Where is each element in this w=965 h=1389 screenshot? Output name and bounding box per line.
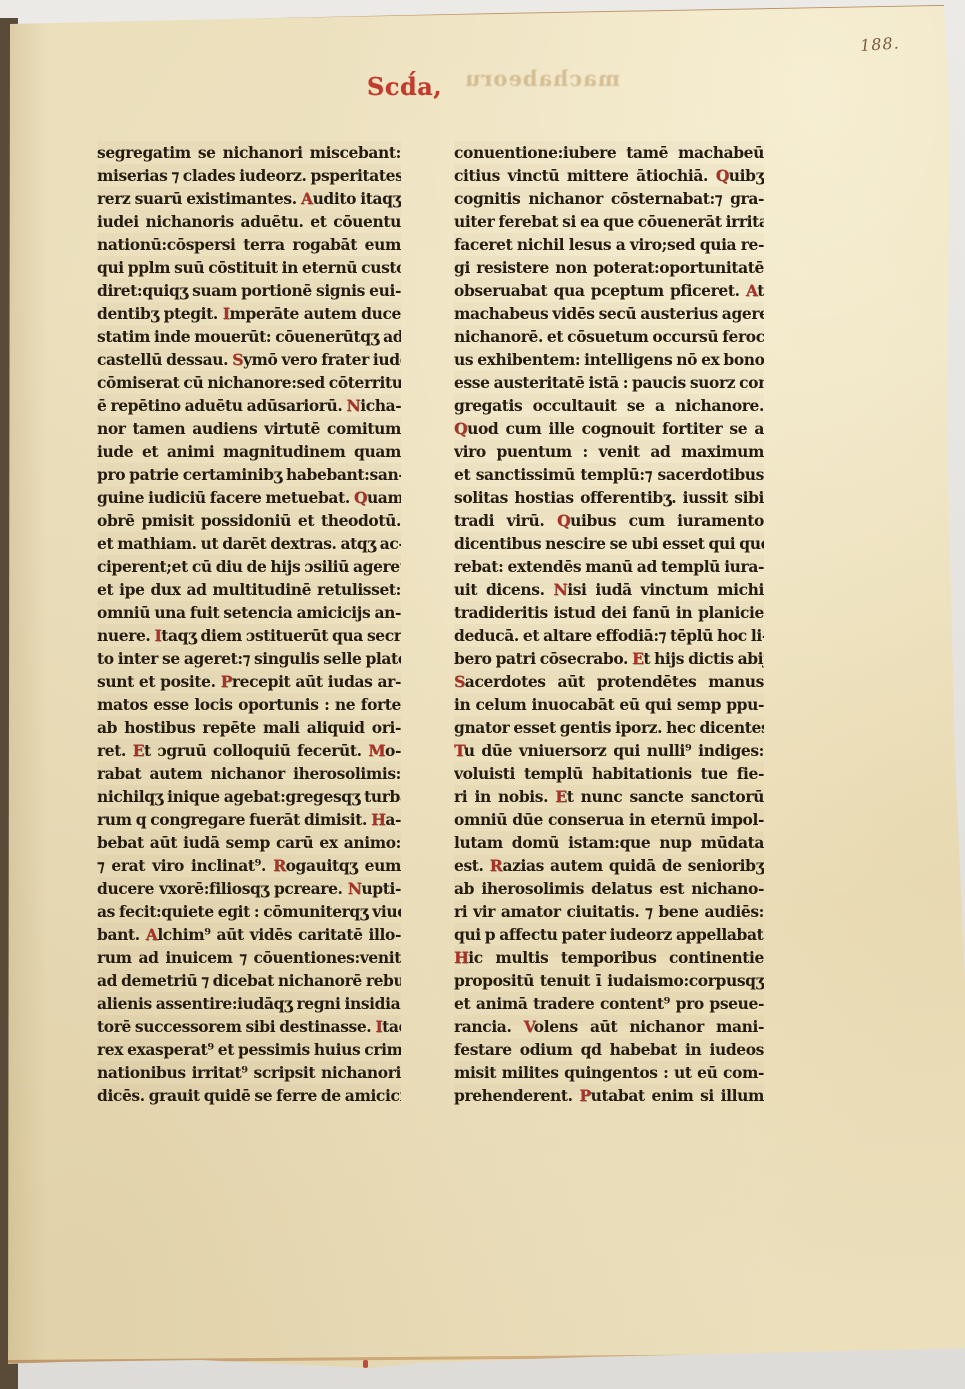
text-line: misit milites quingentos : ut eū com-: [454, 1061, 764, 1084]
text-line: solitas hostias offerentibʒ. iussit sibi: [454, 486, 764, 509]
text-line: et animā tradere content⁹ pro pseue-: [454, 992, 764, 1015]
text-line: qui pplm suū cōstituit in eternū custo-: [97, 256, 401, 279]
text-line: prehenderent. Putabat enim si illum: [454, 1084, 764, 1107]
text-line: obseruabat qua pceptum pficeret. At: [454, 279, 764, 302]
text-line: rum ad inuicem ⁊ cōuentiones:venit: [97, 946, 401, 969]
text-line: iude et animi magnitudinem quam: [97, 440, 401, 463]
rubricated-initial: V: [524, 1017, 534, 1036]
rubricated-initial: S: [232, 350, 243, 369]
text-line: festare odium qd habebat in iudeos: [454, 1038, 764, 1061]
rubricated-initial: Q: [354, 488, 367, 507]
rubricated-initial: R: [273, 856, 285, 875]
rubricated-initial: S: [454, 672, 465, 691]
text-line: ri in nobis. Et nunc sancte sanctorū: [454, 785, 764, 808]
text-line: bero patri cōsecrabo. Et hijs dictis abi…: [454, 647, 764, 670]
text-line: nuere. Itaqʒ diem ɔstituerūt qua secre-: [97, 624, 401, 647]
text-line: cognitis nichanor cōsternabat:⁊ gra-: [454, 187, 764, 210]
rubricated-initial: A: [746, 281, 757, 300]
text-line: in celum inuocabāt eū qui semp ppu-: [454, 693, 764, 716]
text-line: et ipe dux ad multitudinē retulisset:: [97, 578, 401, 601]
show-through-text: machabeoru: [430, 66, 620, 91]
text-column-left: segregatim se nichanori miscebant:miseri…: [97, 141, 401, 1107]
rubricated-initial: E: [632, 649, 643, 668]
text-line: pro patrie certaminibʒ habebant:san-: [97, 463, 401, 486]
rubricated-initial: Q: [557, 511, 570, 530]
rubricated-initial: E: [555, 787, 566, 806]
text-line: gnator esset gentis iporz. hec dicentes.: [454, 716, 764, 739]
text-line: conuentione:iubere tamē machabeū: [454, 141, 764, 164]
text-line: obrē pmisit possidoniū et theodotū.: [97, 509, 401, 532]
rubricated-initial: I: [375, 1017, 382, 1036]
text-line: machabeus vidēs secū austerius agere: [454, 302, 764, 325]
manuscript-page: 188. machabeoru Scd́a, segregatim se nic…: [0, 0, 965, 1389]
text-line: nationū:cōspersi terra rogabāt eum: [97, 233, 401, 256]
manuscript-scan: 188. machabeoru Scd́a, segregatim se nic…: [0, 0, 965, 1389]
rubricated-initial: R: [490, 856, 503, 875]
text-line: rerz suarū existimantes. Audito itaqʒ: [97, 187, 401, 210]
rubricated-initial: A: [146, 925, 158, 944]
text-line: voluisti templū habitationis tue fie-: [454, 762, 764, 785]
text-line: lutam domū istam:que nup mūdata: [454, 831, 764, 854]
page-bottom-edge: [6, 1352, 965, 1363]
rubricated-initial: E: [133, 741, 144, 760]
running-header: Scd́a,: [367, 72, 442, 101]
text-line: nor tamen audiens virtutē comitum: [97, 417, 401, 440]
red-edge-mark: [363, 1360, 368, 1368]
text-line: nichilqʒ inique agebat:gregesqʒ turba-: [97, 785, 401, 808]
text-line: uit dicens. Nisi iudā vinctum michi: [454, 578, 764, 601]
text-line: bebat aūt iudā semp carū ex animo:: [97, 831, 401, 854]
text-line: nationibus irritat⁹ scripsit nichanori: [97, 1061, 401, 1084]
text-line: diret:quiqʒ suam portionē signis eui-: [97, 279, 401, 302]
text-line: et sanctissimū templū:⁊ sacerdotibus: [454, 463, 764, 486]
text-line: ē repētino aduētu adūsariorū. Nicha-: [97, 394, 401, 417]
text-line: deducā. et altare effodiā:⁊ tēplū hoc li…: [454, 624, 764, 647]
rubricated-initial: T: [454, 741, 464, 760]
text-line: citius vinctū mittere ātiochiā. Quibʒ: [454, 164, 764, 187]
text-line: guine iudiciū facere metuebat. Quam-: [97, 486, 401, 509]
text-line: dentibʒ ptegit. Imperāte autem duce: [97, 302, 401, 325]
rubricated-initial: I: [154, 626, 161, 645]
folio-number: 188.: [859, 32, 920, 55]
text-line: gi resistere non poterat:oportunitatē: [454, 256, 764, 279]
text-line: ret. Et ɔgruū colloquiū fecerūt. Mo-: [97, 739, 401, 762]
text-line: Tu dūe vniuersorz qui nulli⁹ indiges:: [454, 739, 764, 762]
rubricated-initial: A: [301, 189, 313, 208]
rubricated-initial: Q: [716, 166, 729, 185]
text-line: omniū una fuit setencia amicicijs an-: [97, 601, 401, 624]
text-line: rum q congregare fuerāt dimisit. Ha-: [97, 808, 401, 831]
rubricated-initial: H: [371, 810, 385, 829]
text-line: gregatis occultauit se a nichanore.: [454, 394, 764, 417]
page-top-edge: [8, 3, 946, 23]
text-line: ab iherosolimis delatus est nichano-: [454, 877, 764, 900]
rubricated-initial: N: [346, 396, 360, 415]
rubricated-initial: M: [368, 741, 385, 760]
rubricated-initial: H: [454, 948, 468, 967]
text-line: tradi virū. Quibus cum iuramento: [454, 509, 764, 532]
text-line: faceret nichil lesus a viro;sed quia re-: [454, 233, 764, 256]
text-line: nichanorē. et cōsuetum occursū feroci-: [454, 325, 764, 348]
text-line: to inter se ageret:⁊ singulis selle plat…: [97, 647, 401, 670]
text-line: est. Razias autem quidā de senioribʒ: [454, 854, 764, 877]
text-line: segregatim se nichanori miscebant:: [97, 141, 401, 164]
text-line: ciperent;et cū diu de hijs ɔsiliū ageret…: [97, 555, 401, 578]
text-line: bant. Alchim⁹ aūt vidēs caritatē illo-: [97, 923, 401, 946]
text-line: us exhibentem: intelligens nō ex bono: [454, 348, 764, 371]
text-line: Hic multis temporibus continentie: [454, 946, 764, 969]
text-line: omniū dūe conserua in eternū impol-: [454, 808, 764, 831]
text-line: ducere vxorē:filiosqʒ pcreare. Nupti-: [97, 877, 401, 900]
text-line: uiter ferebat si ea que cōuenerāt irrita: [454, 210, 764, 233]
text-line: iudei nichanoris aduētu. et cōuentu: [97, 210, 401, 233]
rubricated-initial: P: [221, 672, 232, 691]
text-line: as fecit:quiete egit : cōmuniterqʒ viue-: [97, 900, 401, 923]
rubricated-initial: P: [579, 1086, 590, 1105]
text-line: ⁊ erat viro inclinat⁹. Rogauitqʒ eum: [97, 854, 401, 877]
text-line: viro puentum : venit ad maximum: [454, 440, 764, 463]
text-line: castellū dessau. Symō vero frater iude: [97, 348, 401, 371]
text-line: Quod cum ille cognouit fortiter se a: [454, 417, 764, 440]
text-line: rabat autem nichanor iherosolimis:: [97, 762, 401, 785]
text-line: dicentibus nescire se ubi esset qui que-: [454, 532, 764, 555]
text-column-right: conuentione:iubere tamē machabeūcitius v…: [454, 141, 764, 1107]
text-line: sunt et posite. Precepit aūt iudas ar-: [97, 670, 401, 693]
text-line: alienis assentire:iudāqʒ regni insidia-: [97, 992, 401, 1015]
text-line: ab hostibus repēte mali aliquid ori-: [97, 716, 401, 739]
text-line: rancia. Volens aūt nichanor mani-: [454, 1015, 764, 1038]
text-line: qui p affectu pater iudeorz appellabat.: [454, 923, 764, 946]
text-line: ad demetriū ⁊ dicebat nichanorē rebus: [97, 969, 401, 992]
text-line: et mathiam. ut darēt dextras. atqʒ ac-: [97, 532, 401, 555]
rubricated-initial: I: [223, 304, 230, 323]
text-line: ri vir amator ciuitatis. ⁊ bene audiēs:: [454, 900, 764, 923]
text-line: miserias ⁊ clades iudeorz. psperitates: [97, 164, 401, 187]
text-line: torē successorem sibi destinasse. Itaqʒ: [97, 1015, 401, 1038]
rubricated-initial: N: [348, 879, 362, 898]
text-line: matos esse locis oportunis : ne forte: [97, 693, 401, 716]
text-line: esse austeritatē istā : paucis suorz con…: [454, 371, 764, 394]
rubricated-initial: Q: [454, 419, 467, 438]
text-line: tradideritis istud dei fanū in planicie: [454, 601, 764, 624]
text-line: rex exasperat⁹ et pessimis huius crimi-: [97, 1038, 401, 1061]
text-line: Sacerdotes aūt protendētes manus: [454, 670, 764, 693]
text-line: propositū tenuit ī iudaismo:corpusqʒ: [454, 969, 764, 992]
text-line: rebat: extendēs manū ad templū iura-: [454, 555, 764, 578]
text-line: dicēs. grauit quidē se ferre de amicicie: [97, 1084, 401, 1107]
text-line: cōmiserat cū nichanore:sed cōterritus: [97, 371, 401, 394]
text-line: statim inde mouerūt: cōuenerūtqʒ ad: [97, 325, 401, 348]
rubricated-initial: N: [553, 580, 567, 599]
